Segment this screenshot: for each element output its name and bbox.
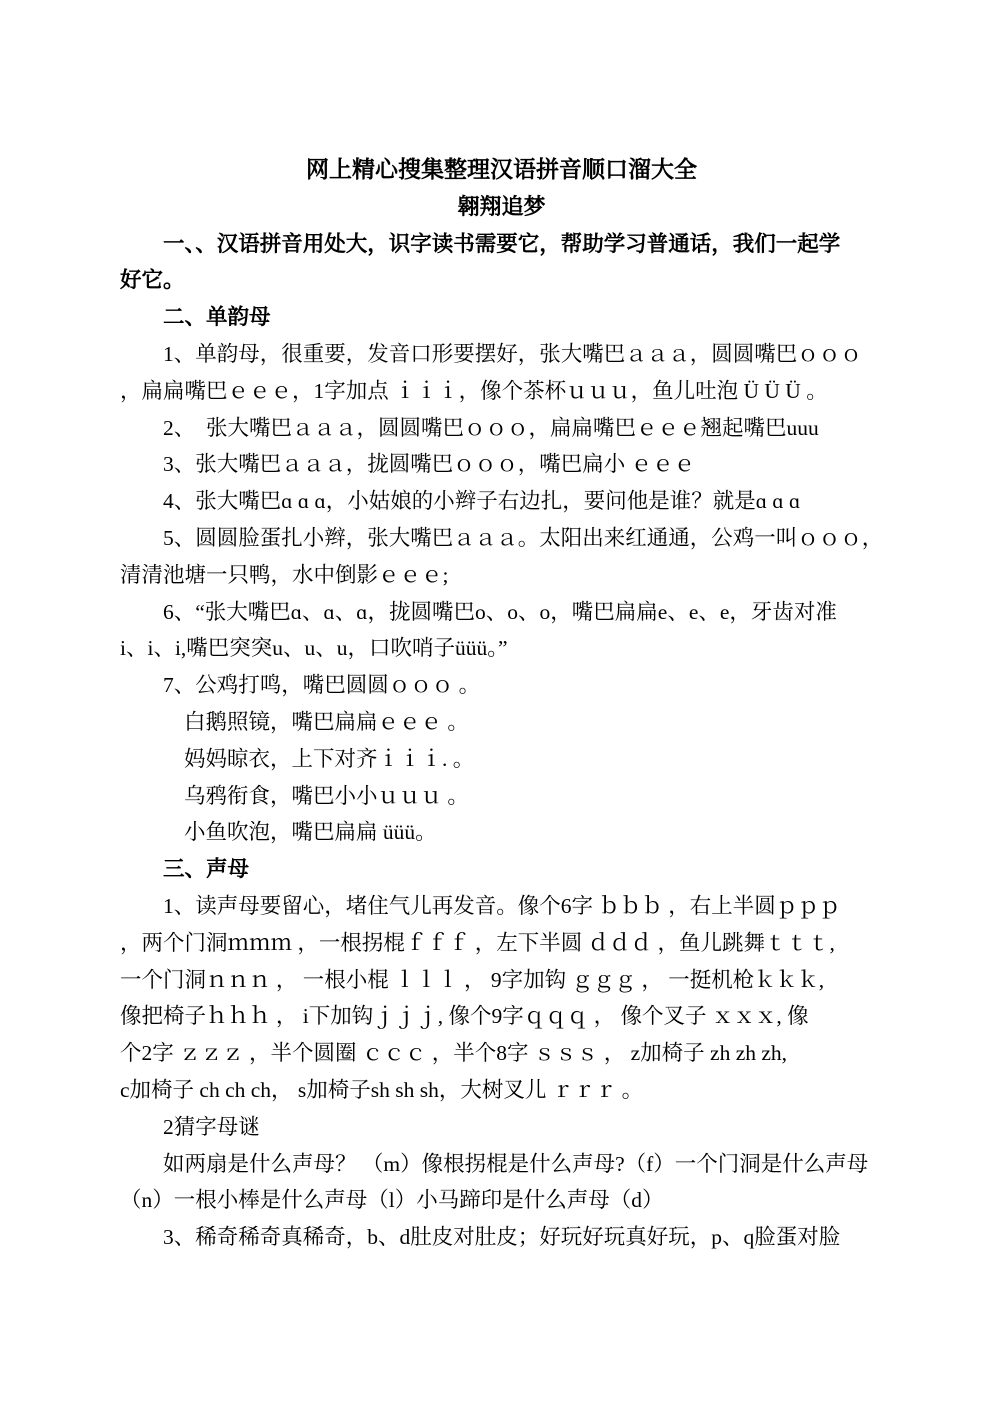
body-line: 如两扇是什么声母？ （m）像根拐棍是什么声母?（f）一个门洞是什么声母 (120, 1146, 883, 1183)
body-line: 乌鸦衔食，嘴巴小小ｕｕｕ 。 (120, 778, 883, 815)
body-line: 3、张大嘴巴ａａａ，拢圆嘴巴ｏｏｏ，嘴巴扁小 ｅｅｅ (120, 446, 883, 483)
body-line: 像把椅子ｈｈｈ ， i下加钩ｊｊｊ, 像个9字ｑｑｑ ， 像个叉子 ｘｘｘ, 像 (120, 998, 883, 1035)
body-line: 1、读声母要留心，堵住气儿再发音。像个6字 ｂｂｂ ，右上半圆ｐｐｐ (120, 888, 883, 925)
body-line: 白鹅照镜，嘴巴扁扁ｅｅｅ 。 (120, 704, 883, 741)
section-heading-danyunmu: 二、单韵母 (120, 299, 883, 336)
body-line: 2、 张大嘴巴ａａａ，圆圆嘴巴ｏｏｏ，扁扁嘴巴ｅｅｅ翘起嘴巴uuu (120, 410, 883, 447)
body-line: 一个门洞ｎｎｎ ， 一根小棍 ｌｌｌ ， 9字加钩 ｇｇｇ ， 一挺机枪ｋｋｋ, (120, 962, 883, 999)
body-line: 妈妈晾衣，上下对齐ｉｉｉ. 。 (120, 741, 883, 778)
body-line: i、i、i,嘴巴突突u、u、u，口吹哨子üüü。” (120, 630, 883, 667)
body-line: 5、圆圆脸蛋扎小辫，张大嘴巴ａａａ。太阳出来红通通，公鸡一叫ｏｏｏ， (120, 520, 883, 557)
document-content: 网上精心搜集整理汉语拼音顺口溜大全 翱翔追梦 一、、汉语拼音用处大，识字读书需要… (0, 0, 993, 1256)
body-line: c加椅子 ch ch ch， s加椅子sh sh sh，大树叉儿 ｒｒｒ 。 (120, 1072, 883, 1109)
body-line: ，扁扁嘴巴ｅｅｅ，1字加点 ｉｉｉ，像个茶杯ｕｕｕ，鱼儿吐泡 Ü Ü Ü 。 (120, 373, 883, 410)
document-page: 网上精心搜集整理汉语拼音顺口溜大全 翱翔追梦 一、、汉语拼音用处大，识字读书需要… (0, 0, 993, 1404)
body-line: （n）一根小棒是什么声母（l）小马蹄印是什么声母（d） (120, 1182, 883, 1219)
body-line: ，两个门洞ｍｍｍ ，一根拐棍ｆｆｆ ，左下半圆 ｄｄｄ ，鱼儿跳舞ｔｔｔ, (120, 925, 883, 962)
body-line: 1、单韵母，很重要，发音口形要摆好，张大嘴巴ａａａ，圆圆嘴巴ｏｏｏ (120, 336, 883, 373)
body-line: 清清池塘一只鸭，水中倒影ｅｅｅ; (120, 557, 883, 594)
body-line: 6、“张大嘴巴ɑ、ɑ、ɑ，拢圆嘴巴o、o、o，嘴巴扁扁e、e、e，牙齿对准 (120, 594, 883, 631)
section-heading-shengmu: 三、声母 (120, 851, 883, 888)
document-byline: 翱翔追梦 (120, 189, 883, 226)
body-line: 个2字 ｚｚｚ ，半个圆圈 ｃｃｃ ，半个8字 ｓｓｓ ， z加椅子 zh zh… (120, 1035, 883, 1072)
body-line: 3、稀奇稀奇真稀奇，b、d肚皮对肚皮；好玩好玩真好玩，p、q脸蛋对脸 (120, 1219, 883, 1256)
body-line: 7、公鸡打鸣，嘴巴圆圆ｏｏｏ 。 (120, 667, 883, 704)
body-line: 小鱼吹泡，嘴巴扁扁 üüü。 (120, 814, 883, 851)
body-line: 4、张大嘴巴ɑ ɑ ɑ，小姑娘的小辫子右边扎，要问他是谁？就是ɑ ɑ ɑ (120, 483, 883, 520)
intro-line-1: 一、、汉语拼音用处大，识字读书需要它，帮助学习普通话，我们一起学 (120, 226, 883, 263)
intro-line-2: 好它。 (120, 262, 883, 299)
body-line: 2猜字母谜 (120, 1109, 883, 1146)
document-title: 网上精心搜集整理汉语拼音顺口溜大全 (120, 152, 883, 189)
